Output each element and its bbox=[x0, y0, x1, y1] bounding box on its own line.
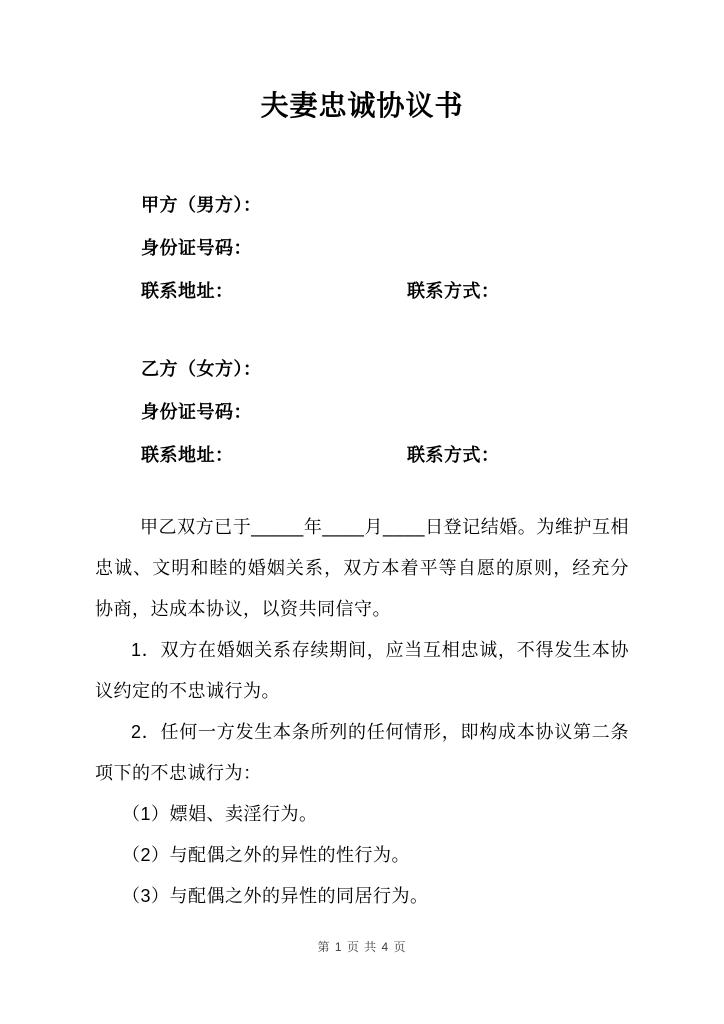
document-page: 夫妻忠诚协议书 甲方（男方）： 身份证号码： 联系地址： 联系方式： 乙方（女方… bbox=[0, 0, 724, 1024]
party-a-id-label: 身份证号码： bbox=[95, 227, 629, 270]
party-b-block: 乙方（女方）： 身份证号码： 联系地址： 联系方式： bbox=[95, 348, 629, 477]
party-b-name-label: 乙方（女方）： bbox=[95, 348, 629, 391]
party-b-id-label: 身份证号码： bbox=[95, 391, 629, 434]
clause-2-item-1: （1）嫖娼、卖淫行为。 bbox=[95, 794, 629, 835]
party-a-contact-label: 联系方式： bbox=[407, 270, 500, 313]
clause-1: 1．双方在婚姻关系存续期间，应当互相忠诚，不得发生本协议约定的不忠诚行为。 bbox=[95, 630, 629, 712]
clause-2-item-2: （2）与配偶之外的异性的性行为。 bbox=[95, 835, 629, 876]
clause-2: 2．任何一方发生本条所列的任何情形，即构成本协议第二条项下的不忠诚行为： bbox=[95, 712, 629, 794]
party-b-contact-label: 联系方式： bbox=[407, 434, 500, 477]
intro-paragraph: 甲乙双方已于_____年____月____日登记结婚。为维护互相忠诚、文明和睦的… bbox=[95, 507, 629, 630]
party-b-contact-row: 联系地址： 联系方式： bbox=[95, 434, 629, 477]
party-a-name-label: 甲方（男方）： bbox=[95, 184, 629, 227]
party-a-block: 甲方（男方）： 身份证号码： 联系地址： 联系方式： bbox=[95, 184, 629, 313]
party-b-address-label: 联系地址： bbox=[141, 445, 234, 465]
document-title: 夫妻忠诚协议书 bbox=[95, 0, 629, 124]
agreement-body: 甲乙双方已于_____年____月____日登记结婚。为维护互相忠诚、文明和睦的… bbox=[95, 507, 629, 917]
party-a-contact-row: 联系地址： 联系方式： bbox=[95, 270, 629, 313]
party-a-address-label: 联系地址： bbox=[141, 281, 234, 301]
page-number-indicator: 第 1 页 共 4 页 bbox=[0, 938, 724, 956]
clause-2-item-3: （3）与配偶之外的异性的同居行为。 bbox=[95, 876, 629, 917]
